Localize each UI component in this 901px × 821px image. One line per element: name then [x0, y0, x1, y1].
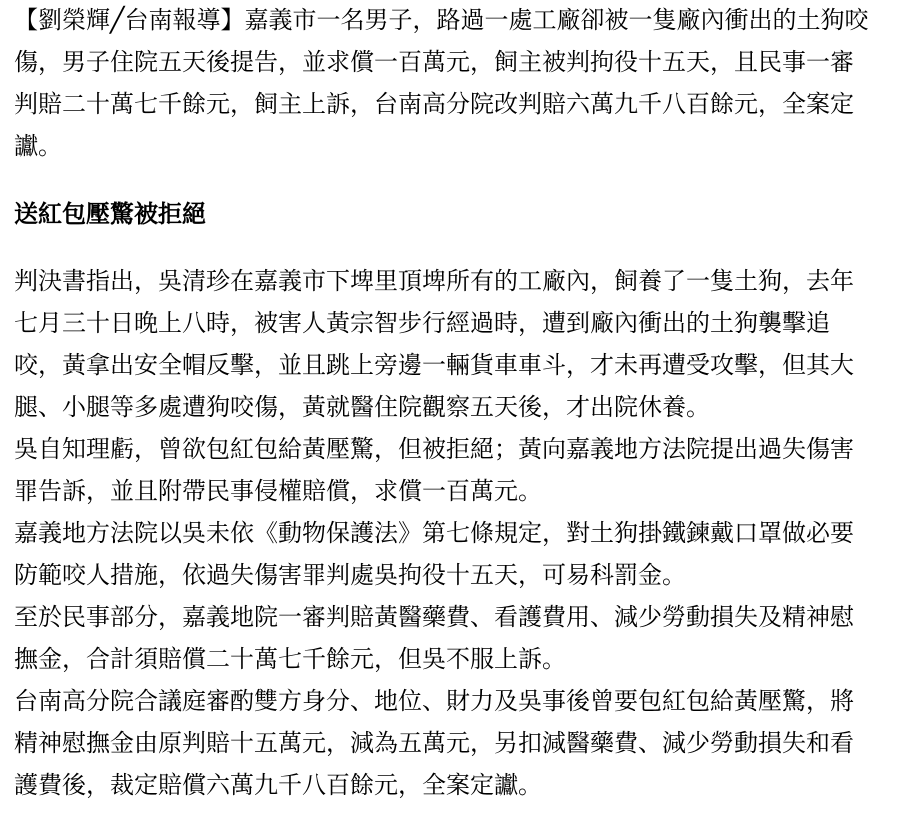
article-body: 判決書指出，吳清珍在嘉義市下埤里頂埤所有的工廠內，飼養了一隻土狗，去年七月三十日… — [14, 261, 876, 807]
article-paragraph-3: 嘉義地方法院以吳未依《動物保護法》第七條規定，對土狗掛鐵鍊戴口罩做必要防範咬人措… — [14, 513, 876, 597]
article-subheading: 送紅包壓驚被拒絕 — [14, 194, 876, 236]
article-paragraph-5: 台南高分院合議庭審酌雙方身分、地位、財力及吳事後曾要包紅包給黃壓驚，將精神慰撫金… — [14, 681, 876, 807]
article-paragraph-4: 至於民事部分，嘉義地院一審判賠黃醫藥費、看護費用、減少勞動損失及精神慰撫金，合計… — [14, 597, 876, 681]
article-paragraph-2: 吳自知理虧，曾欲包紅包給黃壓驚，但被拒絕；黃向嘉義地方法院提出過失傷害罪告訴，並… — [14, 429, 876, 513]
news-article: 【劉榮輝╱台南報導】嘉義市一名男子，路過一處工廠卻被一隻廠內衝出的土狗咬傷，男子… — [0, 0, 901, 807]
lead-paragraph: 【劉榮輝╱台南報導】嘉義市一名男子，路過一處工廠卻被一隻廠內衝出的土狗咬傷，男子… — [14, 0, 876, 168]
article-paragraph-1: 判決書指出，吳清珍在嘉義市下埤里頂埤所有的工廠內，飼養了一隻土狗，去年七月三十日… — [14, 261, 876, 429]
